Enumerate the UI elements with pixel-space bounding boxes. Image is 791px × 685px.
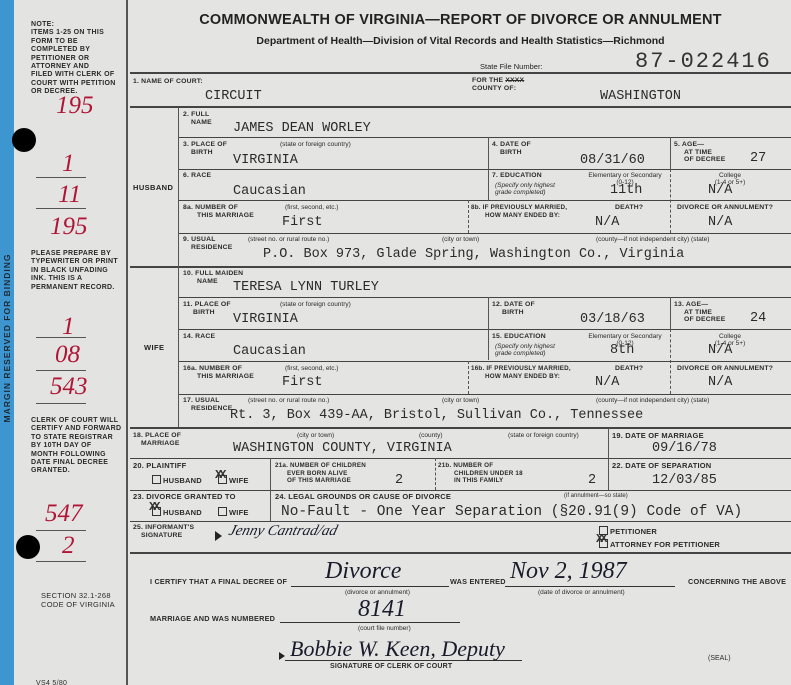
punch-hole — [16, 535, 40, 559]
informant-petitioner-checkbox[interactable]: PETITIONER — [599, 526, 657, 536]
informant-signature: Jenny Cantrad/ad — [227, 523, 339, 540]
clerk-instructions: CLERK OF COURT WILL CERTIFY AND FORWARD … — [31, 417, 121, 476]
separation-date-label: 22. DATE OF SEPARATION — [612, 462, 711, 470]
handwritten-note: 08 — [55, 341, 80, 369]
husband-marriage-number-label: 8a. NUMBER OFTHIS MARRIAGE — [183, 204, 254, 219]
plaintiff-wife-checkbox[interactable]: XXWIFE — [218, 475, 249, 485]
grounds-value: No-Fault - One Year Separation (§20.91(9… — [281, 504, 742, 520]
husband-previous-marriages-label: 8b. IF PREVIOUSLY MARRIED,HOW MANY ENDED… — [471, 204, 567, 219]
husband-ended-by-death: N/A — [595, 215, 619, 230]
husband-dob-value: 08/31/60 — [580, 153, 645, 168]
wife-section-label: WIFE — [144, 343, 164, 352]
wife-race-value: Caucasian — [233, 344, 306, 359]
husband-name-label: 2. FULLNAME — [183, 111, 212, 126]
grounds-label: 24. LEGAL GROUNDS OR CAUSE OF DIVORCE — [275, 493, 451, 501]
plaintiff-label: 20. PLAINTIFF — [133, 462, 186, 470]
handwritten-note: 1 — [62, 150, 75, 178]
wife-age-label: 13. AGE—AT TIMEOF DECREE — [674, 301, 725, 324]
children-born-label: 21a. NUMBER OF CHILDRENEVER BORN ALIVEOF… — [275, 462, 366, 485]
wife-dob-label: 12. DATE OFBIRTH — [492, 301, 535, 316]
handwritten-note: 11 — [58, 181, 81, 209]
marriage-date-value: 09/16/78 — [652, 441, 717, 456]
wife-birthplace-value: VIRGINIA — [233, 312, 298, 327]
wife-name-value: TERESA LYNN TURLEY — [233, 280, 379, 295]
husband-education-elementary: 11th — [610, 183, 642, 198]
husband-residence-label: 9. USUALRESIDENCE — [183, 236, 232, 251]
wife-residence-label: 17. USUALRESIDENCE — [183, 397, 232, 412]
decree-date-handwritten: Nov 2, 1987 — [510, 558, 627, 585]
county-label: FOR THE XXXXCOUNTY OF: — [472, 77, 524, 92]
binding-strip: MARGIN RESERVED FOR BINDING — [0, 0, 14, 685]
wife-marriage-number-label: 16a. NUMBER OFTHIS MARRIAGE — [183, 365, 254, 380]
handwritten-note: 543 — [50, 373, 88, 401]
wife-education-label: 15. EDUCATION — [492, 333, 546, 341]
handwritten-note: 195 — [56, 92, 94, 120]
husband-ended-by-divorce: N/A — [708, 215, 732, 230]
wife-dob-value: 03/18/63 — [580, 312, 645, 327]
informant-attorney-checkbox[interactable]: XXATTORNEY FOR PETITIONER — [599, 539, 720, 549]
wife-ended-by-divorce: N/A — [708, 375, 732, 390]
husband-birthplace-value: VIRGINIA — [233, 153, 298, 168]
divorce-report-form: COMMONWEALTH OF VIRGINIA—REPORT OF DIVOR… — [130, 0, 791, 685]
prepare-instructions: PLEASE PREPARE BY TYPEWRITER OR PRINT IN… — [31, 250, 118, 292]
wife-birthplace-label: 11. PLACE OFBIRTH — [183, 301, 231, 316]
court-name-value: CIRCUIT — [205, 89, 262, 104]
plaintiff-husband-checkbox[interactable]: HUSBAND — [152, 475, 202, 485]
wife-education-college: N/A — [708, 343, 732, 358]
code-section: SECTION 32.1-268 CODE OF VIRGINIA — [41, 591, 115, 609]
state-file-number: 87-022416 — [635, 49, 772, 74]
husband-residence-value: P.O. Box 973, Glade Spring, Washington C… — [263, 247, 684, 262]
form-number: VS4 5/80 — [36, 680, 67, 685]
granted-wife-checkbox[interactable]: WIFE — [218, 507, 249, 517]
marriage-place-value: WASHINGTON COUNTY, VIRGINIA — [233, 441, 452, 456]
husband-education-college: N/A — [708, 183, 732, 198]
form-title: COMMONWEALTH OF VIRGINIA—REPORT OF DIVOR… — [130, 12, 791, 28]
children-under-18-value: 2 — [588, 473, 596, 488]
punch-hole — [12, 128, 36, 152]
handwritten-note: 547 — [45, 500, 83, 528]
wife-ended-by-death: N/A — [595, 375, 619, 390]
husband-dob-label: 4. DATE OFBIRTH — [492, 141, 531, 156]
children-born-value: 2 — [395, 473, 403, 488]
handwritten-note: 2 — [62, 532, 75, 560]
clerk-signature: Bobbie W. Keen, Deputy — [290, 636, 505, 662]
wife-marriage-number-value: First — [282, 375, 323, 390]
husband-marriage-number-value: First — [282, 215, 323, 230]
wife-residence-value: Rt. 3, Box 439-AA, Bristol, Sullivan Co.… — [230, 408, 643, 423]
court-name-label: 1. NAME OF COURT: — [133, 78, 203, 86]
husband-education-label: 7. EDUCATION — [492, 172, 542, 180]
children-under-18-label: 21b. NUMBER OFCHILDREN UNDER 18IN THIS F… — [438, 462, 523, 485]
husband-age-label: 5. AGE—AT TIMEOF DECREE — [674, 141, 725, 164]
clerk-signature-label: SIGNATURE OF CLERK OF COURT — [330, 663, 452, 671]
binding-label: MARGIN RESERVED FOR BINDING — [0, 232, 14, 444]
form-subtitle: Department of Health—Division of Vital R… — [130, 35, 791, 47]
numbered-text: MARRIAGE AND WAS NUMBERED — [150, 615, 275, 623]
wife-education-elementary: 8th — [610, 343, 634, 358]
husband-race-label: 6. RACE — [183, 172, 211, 180]
husband-race-value: Caucasian — [233, 184, 306, 199]
wife-age-value: 24 — [750, 311, 766, 326]
wife-previous-marriages-label: 16b. IF PREVIOUSLY MARRIED,HOW MANY ENDE… — [471, 365, 571, 380]
husband-name-value: JAMES DEAN WORLEY — [233, 121, 371, 136]
husband-birthplace-label: 3. PLACE OFBIRTH — [183, 141, 227, 156]
seal-label: (SEAL) — [708, 655, 731, 662]
county-value: WASHINGTON — [600, 89, 681, 104]
arrow-icon — [279, 652, 285, 660]
state-file-label: State File Number: — [480, 62, 543, 71]
arrow-icon — [215, 531, 222, 541]
marriage-date-label: 19. DATE OF MARRIAGE — [612, 432, 704, 440]
certify-text: I CERTIFY THAT A FINAL DECREE OF — [150, 578, 287, 586]
court-file-number-handwritten: 8141 — [358, 596, 406, 623]
informant-signature-label: 25. INFORMANT'SSIGNATURE — [133, 524, 194, 539]
husband-age-value: 27 — [750, 151, 766, 166]
wife-race-label: 14. RACE — [183, 333, 215, 341]
marriage-place-label: 18. PLACE OFMARRIAGE — [133, 432, 181, 447]
separation-date-value: 12/03/85 — [652, 473, 717, 488]
handwritten-note: 195 — [50, 213, 88, 241]
husband-section-label: HUSBAND — [133, 183, 173, 192]
granted-husband-checkbox[interactable]: XXHUSBAND — [152, 507, 202, 517]
note-instructions: NOTE: ITEMS 1-25 ON THIS FORM TO BE COMP… — [31, 21, 116, 97]
decree-type-handwritten: Divorce — [325, 558, 401, 585]
